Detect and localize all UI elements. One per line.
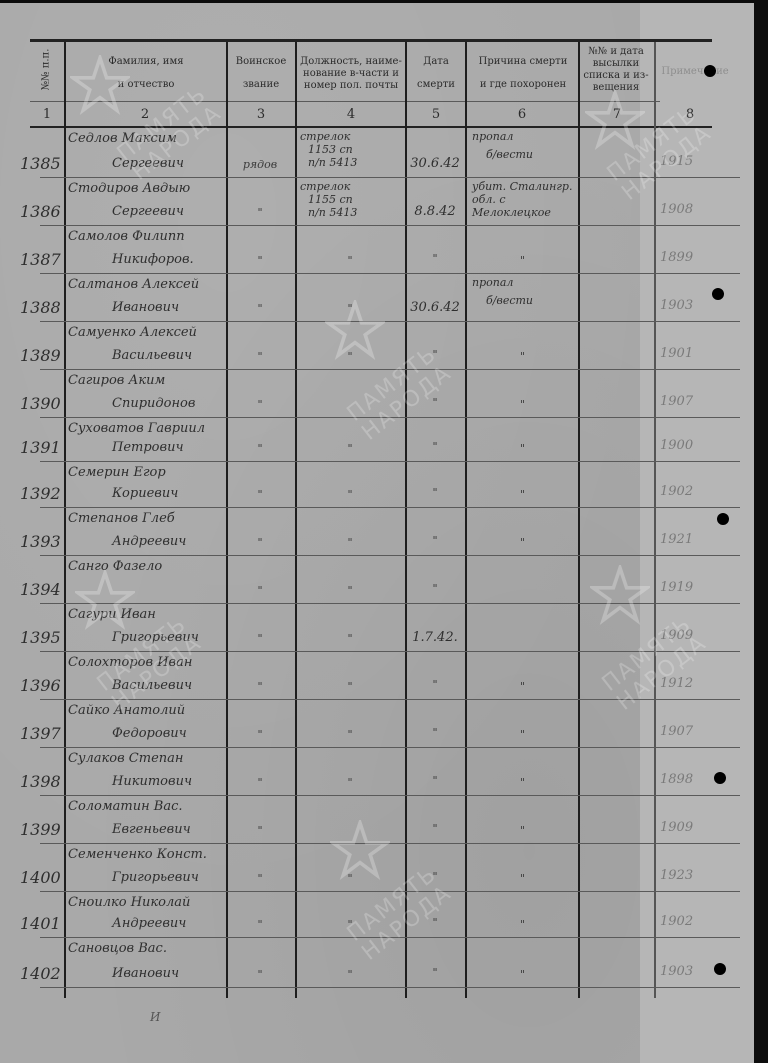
row-divider <box>40 937 740 938</box>
row-surname-name: Степанов Глеб <box>68 511 175 526</box>
row-position: " <box>300 536 400 549</box>
row-cause: " <box>470 536 575 549</box>
row-number: 1399 <box>20 820 61 839</box>
row-note-year: 1898 <box>660 772 693 787</box>
row-position: " <box>300 584 400 597</box>
row-number: 1386 <box>20 202 61 221</box>
row-note-year: 1909 <box>660 628 693 643</box>
row-surname-name: Самолов Филипп <box>68 229 185 244</box>
col-divider-1 <box>64 42 66 998</box>
row-position-line: п/п 5413 <box>308 156 357 169</box>
col7-header-line3: списка и из- <box>579 70 653 82</box>
row-death-date: " <box>407 396 463 409</box>
page-right-margin <box>640 0 756 1063</box>
column-number: 1 <box>32 107 62 122</box>
row-cause-line: б/вести <box>486 148 533 161</box>
row-rank: " <box>230 350 290 363</box>
row-position: " <box>300 776 400 789</box>
row-cause: " <box>470 350 575 363</box>
row-death-date: " <box>407 534 463 547</box>
row-divider <box>40 273 740 274</box>
row-position-line: стрелок <box>300 180 350 193</box>
col-divider-4 <box>405 42 407 998</box>
row-number: 1393 <box>20 532 61 551</box>
row-cause: " <box>470 776 575 789</box>
row-patronymic: Иванович <box>112 966 179 981</box>
row-death-date: " <box>407 486 463 499</box>
row-rank: " <box>230 968 290 981</box>
scan-top-edge <box>0 0 768 3</box>
row-divider <box>40 699 740 700</box>
row-patronymic: Васильевич <box>112 348 192 363</box>
row-cause: " <box>470 918 575 931</box>
row-patronymic: Андреевич <box>112 916 186 931</box>
row-patronymic: Никитович <box>112 774 192 789</box>
row-rank: " <box>230 680 290 693</box>
col-divider-2 <box>226 42 228 998</box>
row-death-date: " <box>407 440 463 453</box>
row-rank: " <box>230 302 290 315</box>
row-cause-line: убит. Сталингр. <box>472 180 572 193</box>
row-cause: " <box>470 824 575 837</box>
row-patronymic: Петрович <box>112 440 184 455</box>
column-number: 7 <box>602 107 632 122</box>
row-divider <box>40 321 740 322</box>
row-rank: " <box>230 584 290 597</box>
row-rank: рядов <box>230 158 290 171</box>
row-number: 1389 <box>20 346 61 365</box>
row-patronymic: Сергеевич <box>112 204 184 219</box>
column-number: 6 <box>507 107 537 122</box>
row-patronymic: Кориевич <box>112 486 178 501</box>
row-cause-line: б/вести <box>486 294 533 307</box>
row-number: 1387 <box>20 250 61 269</box>
row-patronymic: Федорович <box>112 726 187 741</box>
row-patronymic: Андреевич <box>112 534 186 549</box>
watermark-star-icon <box>330 820 390 880</box>
row-rank: " <box>230 536 290 549</box>
row-number: 1385 <box>20 154 61 173</box>
row-position: " <box>300 918 400 931</box>
row-cause-line: Мелоклецкое <box>472 206 551 219</box>
row-note-year: 1909 <box>660 820 693 835</box>
footer-mark: И <box>150 1010 160 1024</box>
row-cause-line: пропал <box>472 276 513 289</box>
col1-header: №№ п.п. <box>41 40 52 100</box>
row-patronymic: Иванович <box>112 300 179 315</box>
row-number: 1402 <box>20 964 61 983</box>
col6-header-line2: и где похоронен <box>467 79 579 91</box>
row-divider <box>40 225 740 226</box>
row-position: " <box>300 442 400 455</box>
row-number: 1401 <box>20 914 61 933</box>
row-rank: " <box>230 776 290 789</box>
row-patronymic: Васильевич <box>112 678 192 693</box>
row-note-year: 1900 <box>660 438 693 453</box>
row-note-year: 1903 <box>660 964 693 979</box>
row-number: 1397 <box>20 724 61 743</box>
row-surname-name: Сановцов Вас. <box>68 941 167 956</box>
row-note-year: 1912 <box>660 676 693 691</box>
header-number-divider <box>30 101 660 102</box>
row-position-line: п/п 5413 <box>308 206 357 219</box>
row-divider <box>40 651 740 652</box>
col8-header: Примечание <box>655 66 735 78</box>
row-surname-name: Суховатов Гавриил <box>68 421 205 436</box>
row-divider <box>40 795 740 796</box>
row-divider <box>40 987 740 988</box>
row-patronymic: Григорьевич <box>112 630 199 645</box>
row-rank: " <box>230 824 290 837</box>
row-divider <box>40 555 740 556</box>
column-number: 8 <box>675 107 705 122</box>
row-note-year: 1901 <box>660 346 693 361</box>
row-number: 1394 <box>20 580 61 599</box>
row-rank: " <box>230 728 290 741</box>
row-death-date: " <box>407 774 463 787</box>
row-rank: " <box>230 918 290 931</box>
row-divider <box>40 417 740 418</box>
row-divider <box>40 177 740 178</box>
row-patronymic: Спиридонов <box>112 396 195 411</box>
row-rank: " <box>230 632 290 645</box>
row-note-year: 1902 <box>660 484 693 499</box>
row-number: 1400 <box>20 868 61 887</box>
row-position: " <box>300 302 400 315</box>
row-position: " <box>300 350 400 363</box>
row-rank: " <box>230 872 290 885</box>
row-cause-line: пропал <box>472 130 513 143</box>
row-death-date: " <box>407 726 463 739</box>
punch-hole <box>714 963 726 975</box>
row-surname-name: Седлов Максим <box>68 131 177 146</box>
row-death-date: " <box>407 916 463 929</box>
row-number: 1391 <box>20 438 61 457</box>
row-surname-name: Самуенко Алексей <box>68 325 197 340</box>
row-rank: " <box>230 398 290 411</box>
col5-header-line2: смерти <box>406 79 466 91</box>
column-number: 2 <box>130 107 160 122</box>
row-patronymic: Евгеньевич <box>112 822 191 837</box>
row-patronymic: Никифоров. <box>112 252 194 267</box>
row-cause: " <box>470 728 575 741</box>
punch-hole <box>717 513 729 525</box>
col3-header-line2: звание <box>227 79 295 91</box>
row-surname-name: Сагиров Аким <box>68 373 165 388</box>
scan-right-edge <box>754 0 768 1063</box>
row-note-year: 1923 <box>660 868 693 883</box>
row-death-date: " <box>407 252 463 265</box>
row-death-date: 1.7.42. <box>407 630 463 645</box>
col-divider-3 <box>295 42 297 998</box>
row-rank: " <box>230 442 290 455</box>
row-cause: " <box>470 968 575 981</box>
row-surname-name: Семерин Егор <box>68 465 166 480</box>
row-rank: " <box>230 206 290 219</box>
row-note-year: 1915 <box>660 154 693 169</box>
row-cause: " <box>470 872 575 885</box>
row-rank: " <box>230 254 290 267</box>
row-cause: " <box>470 254 575 267</box>
row-note-year: 1908 <box>660 202 693 217</box>
row-patronymic: Сергеевич <box>112 156 184 171</box>
row-divider <box>40 891 740 892</box>
header-top-rule <box>30 39 712 42</box>
column-number: 5 <box>421 107 451 122</box>
col4-header-line1: Должность, наиме- <box>296 56 406 68</box>
row-surname-name: Сулаков Степан <box>68 751 183 766</box>
row-position: " <box>300 872 400 885</box>
row-death-date: " <box>407 870 463 883</box>
row-number: 1388 <box>20 298 61 317</box>
row-note-year: 1921 <box>660 532 693 547</box>
row-death-date: 30.6.42 <box>407 300 463 315</box>
row-position-line: 1155 сп <box>308 193 353 206</box>
row-note-year: 1899 <box>660 250 693 265</box>
header-bottom-rule <box>30 126 712 128</box>
row-death-date: " <box>407 822 463 835</box>
row-rank: " <box>230 488 290 501</box>
col3-header-line1: Воинское <box>227 56 295 68</box>
row-divider <box>40 369 740 370</box>
row-surname-name: Санго Фазело <box>68 559 162 574</box>
row-cause: " <box>470 398 575 411</box>
row-position: " <box>300 254 400 267</box>
col-divider-7 <box>654 42 656 998</box>
row-divider <box>40 747 740 748</box>
row-note-year: 1902 <box>660 914 693 929</box>
row-surname-name: Солохторов Иван <box>68 655 192 670</box>
row-note-year: 1907 <box>660 394 693 409</box>
col2-header-line2: и отчество <box>66 79 226 91</box>
punch-hole <box>704 65 716 77</box>
document-page: №№ п.п. Фамилия, имя и отчество Воинское… <box>0 0 756 1063</box>
row-surname-name: Семенченко Конст. <box>68 847 207 862</box>
row-cause-line: обл. с <box>472 193 506 206</box>
row-note-year: 1919 <box>660 580 693 595</box>
col4-header-line3: номер пол. почты <box>296 80 406 92</box>
col7-header-line2: высылки <box>579 58 653 70</box>
row-death-date: " <box>407 678 463 691</box>
col-divider-5 <box>465 42 467 998</box>
row-number: 1392 <box>20 484 61 503</box>
row-position: " <box>300 680 400 693</box>
row-position-line: стрелок <box>300 130 350 143</box>
col-divider-6 <box>578 42 580 998</box>
col4-header-line2: нование в-части и <box>296 68 406 80</box>
row-divider <box>40 461 740 462</box>
col7-header-line4: вещения <box>579 82 653 94</box>
row-divider <box>40 843 740 844</box>
row-death-date: " <box>407 348 463 361</box>
row-death-date: 8.8.42 <box>407 204 463 219</box>
col7-header-line1: №№ и дата <box>579 46 653 58</box>
row-number: 1390 <box>20 394 61 413</box>
row-divider <box>40 603 740 604</box>
punch-hole <box>714 772 726 784</box>
row-number: 1398 <box>20 772 61 791</box>
row-number: 1396 <box>20 676 61 695</box>
row-note-year: 1907 <box>660 724 693 739</box>
row-divider <box>40 507 740 508</box>
col5-header-line1: Дата <box>406 56 466 68</box>
column-number: 3 <box>246 107 276 122</box>
row-surname-name: Сайко Анатолий <box>68 703 185 718</box>
row-position: " <box>300 632 400 645</box>
row-surname-name: Стодиров Авдыю <box>68 181 190 196</box>
row-surname-name: Сагури Иван <box>68 607 156 622</box>
row-patronymic: Григорьевич <box>112 870 199 885</box>
row-surname-name: Салтанов Алексей <box>68 277 199 292</box>
row-position: " <box>300 728 400 741</box>
row-note-year: 1903 <box>660 298 693 313</box>
row-position: " <box>300 488 400 501</box>
row-death-date: " <box>407 966 463 979</box>
row-surname-name: Соломатин Вас. <box>68 799 183 814</box>
col6-header-line1: Причина смерти <box>467 56 579 68</box>
row-position: " <box>300 968 400 981</box>
row-cause: " <box>470 488 575 501</box>
col2-header-line1: Фамилия, имя <box>66 56 226 68</box>
row-cause: " <box>470 442 575 455</box>
row-number: 1395 <box>20 628 61 647</box>
row-cause: " <box>470 680 575 693</box>
row-surname-name: Сноилко Николай <box>68 895 190 910</box>
column-number: 4 <box>336 107 366 122</box>
punch-hole <box>712 288 724 300</box>
row-death-date: 30.6.42 <box>407 156 463 171</box>
row-position-line: 1153 сп <box>308 143 353 156</box>
row-death-date: " <box>407 582 463 595</box>
